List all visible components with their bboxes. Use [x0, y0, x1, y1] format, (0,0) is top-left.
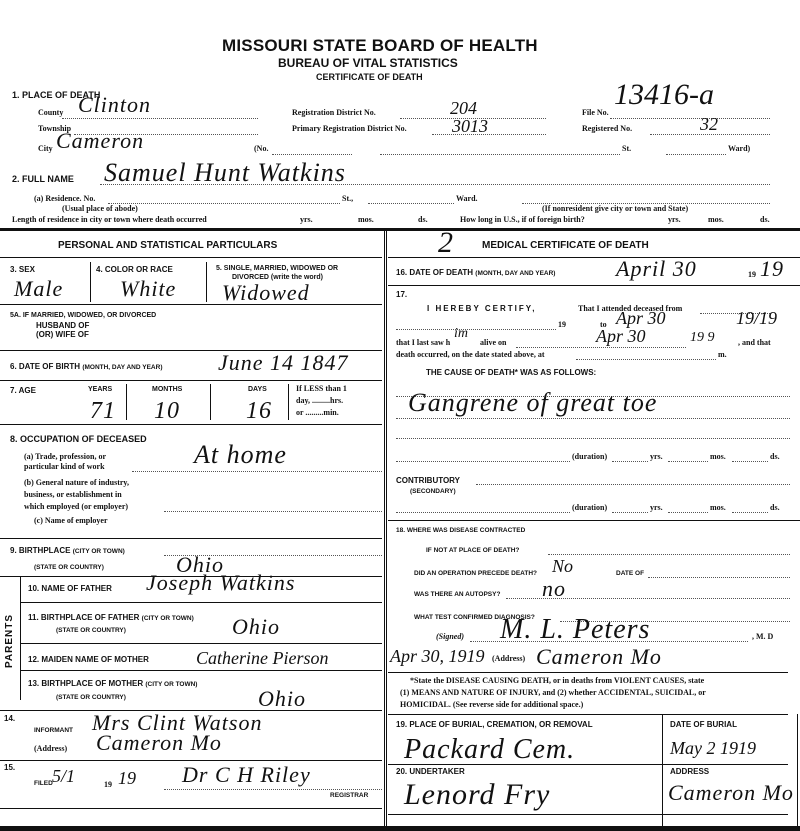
burial-place-label: 19. PLACE OF BURIAL, CREMATION, OR REMOV… [396, 720, 593, 729]
sex-label: 3. SEX [10, 265, 35, 274]
undertaker-address-label: ADDRESS [670, 767, 709, 776]
father-birthplace-label: 11. BIRTHPLACE OF FATHER (CITY OR TOWN) [28, 613, 194, 622]
dob-label: 6. DATE OF BIRTH (MONTH, DAY AND YEAR) [10, 362, 163, 371]
dod-label: 16. DATE OF DEATH (MONTH, DAY AND YEAR) [396, 268, 555, 277]
contrib-duration-label: (duration) [572, 503, 607, 512]
father-birthplace-value: Ohio [232, 614, 280, 640]
alive-on-date: Apr 30 [596, 326, 646, 347]
dob-value: June 14 1847 [218, 350, 349, 376]
employer-label: (c) Name of employer [34, 516, 108, 525]
occupation-a-label: (a) Trade, profession, or [24, 452, 106, 461]
md-label: , M. D [752, 632, 773, 641]
operation-value: No [552, 556, 573, 577]
ds-label: ds. [418, 215, 428, 224]
bureau-title: BUREAU OF VITAL STATISTICS [278, 56, 458, 70]
signed-label: (Signed) [436, 632, 464, 641]
how-long-us-label: How long in U.S., if of foreign birth? [460, 215, 585, 224]
duration-label: (duration) [572, 452, 607, 461]
death-occurred-label: death occurred, on the date stated above… [396, 350, 545, 359]
ward-label: Ward) [728, 144, 750, 153]
item-15-label: 15. [4, 763, 15, 772]
mother-birthplace-value: Ohio [258, 686, 306, 712]
registration-district-label: Registration District No. [292, 108, 376, 117]
m-label: m. [718, 350, 727, 359]
residence-st-label: St., [342, 194, 353, 203]
alive-on-label: alive on [480, 338, 506, 347]
residence-ward-label: Ward. [456, 194, 478, 203]
residence-label: (a) Residence. No. [34, 194, 95, 203]
not-place-label: IF NOT AT PLACE OF DEATH? [426, 547, 519, 554]
contrib-yrs-label: yrs. [650, 503, 663, 512]
race-label: 4. COLOR OR RACE [96, 265, 173, 274]
from-year-prefix: 19 [558, 320, 566, 329]
footnote-line-2: (1) MEANS AND NATURE OF INJURY, and (2) … [400, 688, 706, 697]
autopsy-label: WAS THERE AN AUTOPSY? [414, 591, 500, 598]
birthplace-label: 9. BIRTHPLACE (CITY OR TOWN) [10, 546, 125, 555]
us-ds-label: ds. [760, 215, 770, 224]
mos-label: mos. [358, 215, 374, 224]
burial-place-value: Packard Cem. [404, 734, 575, 766]
filed-label: FILED [34, 780, 53, 787]
section-number-mark: 2 [438, 226, 453, 260]
city-value: Cameron [56, 128, 144, 154]
date-of-label: DATE OF [616, 570, 644, 577]
race-value: White [120, 276, 176, 302]
months-label: MONTHS [152, 386, 182, 393]
certificate-title: CERTIFICATE OF DEATH [316, 72, 423, 82]
registered-no-label: Registered No. [582, 124, 632, 133]
occupation-b-sublabel2: which employed (or employer) [24, 502, 128, 511]
contributory-label: CONTRIBUTORY [396, 476, 460, 485]
occupation-label: 8. OCCUPATION OF DECEASED [10, 434, 147, 444]
cause-of-death-value: Gangrene of great toe [408, 388, 657, 418]
marital-value: Widowed [222, 280, 310, 306]
cause-yrs-label: yrs. [650, 452, 663, 461]
mother-birthplace-label: 13. BIRTHPLACE OF MOTHER (CITY OR TOWN) [28, 679, 197, 688]
where-contracted-label: 18. WHERE WAS DISEASE CONTRACTED [396, 527, 525, 534]
last-saw-pronoun: im [454, 326, 468, 342]
filed-date-value: 5/1 [52, 766, 75, 787]
years-label: YEARS [88, 386, 112, 393]
dod-year-prefix: 19 [748, 270, 756, 279]
physician-address-label: (Address) [492, 654, 525, 663]
min-label: or .........min. [296, 408, 339, 417]
burial-date-label: DATE OF BURIAL [670, 720, 737, 729]
age-days-value: 16 [246, 398, 272, 425]
and-that-label: , and that [738, 338, 771, 347]
undertaker-address-value: Cameron Mo [668, 780, 794, 806]
hrs-label: day, .........hrs. [296, 396, 343, 405]
cause-ds-label: ds. [770, 452, 780, 461]
file-no-label: File No. [582, 108, 609, 117]
burial-date-value: May 2 1919 [670, 738, 756, 759]
undertaker-value: Lenord Fry [404, 778, 550, 812]
registrar-label: REGISTRAR [330, 792, 368, 799]
spouse-label: 5A. IF MARRIED, WIDOWED, OR DIVORCED [10, 312, 156, 319]
birthplace-state-label: (STATE OR COUNTRY) [34, 564, 104, 571]
full-name-value: Samuel Hunt Watkins [104, 158, 346, 188]
length-residence-label: Length of residence in city or town wher… [12, 215, 207, 224]
signature-date: Apr 30, 1919 [390, 646, 485, 667]
cause-of-death-label: THE CAUSE OF DEATH* WAS AS FOLLOWS: [426, 368, 596, 377]
footnote-line-3: HOMICIDAL. (See reverse side for additio… [400, 700, 583, 709]
wife-of-label: (OR) WIFE OF [36, 330, 89, 339]
dod-value: April 30 [616, 256, 697, 282]
informant-label: INFORMANT [34, 727, 73, 734]
occupation-value: At home [194, 440, 287, 470]
item-14-label: 14. [4, 714, 15, 723]
occupation-b-label: (b) General nature of industry, [24, 478, 129, 487]
street-label: St. [622, 144, 631, 153]
county-label: County [38, 108, 63, 117]
primary-registration-label: Primary Registration District No. [292, 124, 407, 133]
age-months-value: 10 [154, 398, 180, 425]
father-value: Joseph Watkins [146, 570, 295, 596]
usual-abode-note: (Usual place of abode) [62, 204, 138, 213]
form-title: MISSOURI STATE BOARD OF HEALTH [222, 36, 538, 56]
yrs-label: yrs. [300, 215, 313, 224]
city-label: City [38, 144, 53, 153]
mother-value: Catherine Pierson [196, 648, 329, 669]
parents-label: PARENTS [4, 614, 15, 668]
husband-of-label: HUSBAND OF [36, 321, 89, 330]
less-than-day-label: If LESS than 1 [296, 384, 347, 393]
us-mos-label: mos. [708, 215, 724, 224]
last-saw-label: that I last saw h [396, 338, 450, 347]
registrar-signature: Dr C H Riley [182, 762, 311, 788]
occupation-b-sublabel: business, or establishment in [24, 490, 122, 499]
registered-no-value: 32 [700, 114, 718, 135]
sex-value: Male [14, 276, 63, 302]
father-birthplace-state-label: (STATE OR COUNTRY) [56, 627, 126, 634]
operation-label: DID AN OPERATION PRECEDE DEATH? [414, 570, 537, 577]
informant-address-value: Cameron Mo [96, 730, 222, 756]
full-name-label: 2. FULL NAME [12, 174, 74, 184]
street-no-label: (No. [254, 144, 268, 153]
item-17-label: 17. [396, 290, 407, 299]
physician-address-value: Cameron Mo [536, 644, 662, 670]
age-years-value: 71 [90, 398, 116, 425]
contrib-mos-label: mos. [710, 503, 726, 512]
nonresident-note: (If nonresident give city or town and St… [542, 204, 688, 213]
county-value: Clinton [78, 92, 151, 118]
file-no-value: 13416-a [614, 78, 714, 112]
attended-to-year: 19/19 [736, 308, 777, 329]
medical-section-title: MEDICAL CERTIFICATE OF DEATH [482, 240, 649, 251]
footnote-line-1: *State the DISEASE CAUSING DEATH, or in … [410, 676, 704, 685]
autopsy-value: no [542, 576, 566, 602]
mother-birthplace-state-label: (STATE OR COUNTRY) [56, 694, 126, 701]
father-label: 10. NAME OF FATHER [28, 584, 112, 593]
alive-on-year: 19 9 [690, 330, 715, 346]
us-yrs-label: yrs. [668, 215, 681, 224]
personal-section-title: PERSONAL AND STATISTICAL PARTICULARS [58, 240, 277, 251]
secondary-label: (SECONDARY) [410, 488, 456, 495]
physician-signature: M. L. Peters [500, 614, 650, 646]
informant-address-label: (Address) [34, 744, 67, 753]
filed-year-value: 19 [118, 768, 136, 789]
marital-label: 5. SINGLE, MARRIED, WIDOWED OR [216, 265, 338, 272]
occupation-a-sublabel: particular kind of work [24, 462, 105, 471]
dod-year-value: 19 [760, 256, 784, 282]
days-label: DAYS [248, 386, 267, 393]
filed-year-prefix: 19 [104, 780, 112, 789]
undertaker-label: 20. UNDERTAKER [396, 767, 465, 776]
age-label: 7. AGE [10, 386, 36, 395]
contrib-ds-label: ds. [770, 503, 780, 512]
primary-registration-value: 3013 [452, 116, 488, 137]
mother-label: 12. MAIDEN NAME OF MOTHER [28, 655, 149, 664]
cause-mos-label: mos. [710, 452, 726, 461]
certify-label: I HEREBY CERTIFY, [427, 304, 536, 313]
